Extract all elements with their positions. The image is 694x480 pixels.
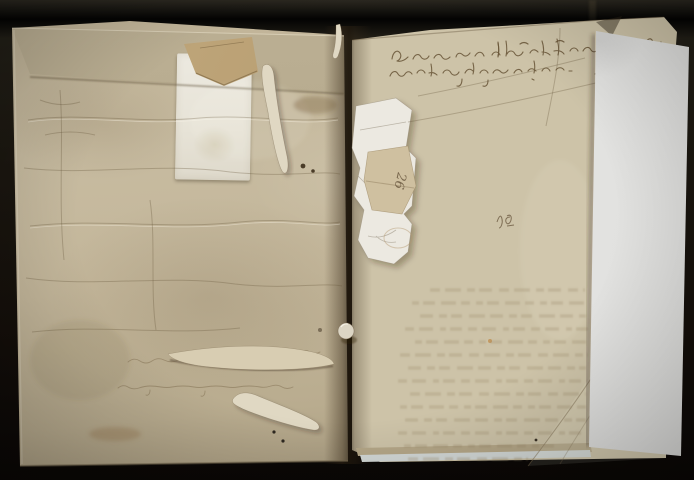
repair-strip [168, 346, 334, 370]
paper-fragment: 26 [352, 98, 420, 268]
spine-tie [333, 24, 342, 58]
tape-creases [196, 42, 257, 85]
parchment-lace-bottom [232, 393, 322, 433]
ink-mark [497, 215, 514, 228]
stains [30, 80, 600, 441]
manuscript-photograph: 26 [0, 0, 694, 480]
sewing-knot [338, 323, 357, 344]
